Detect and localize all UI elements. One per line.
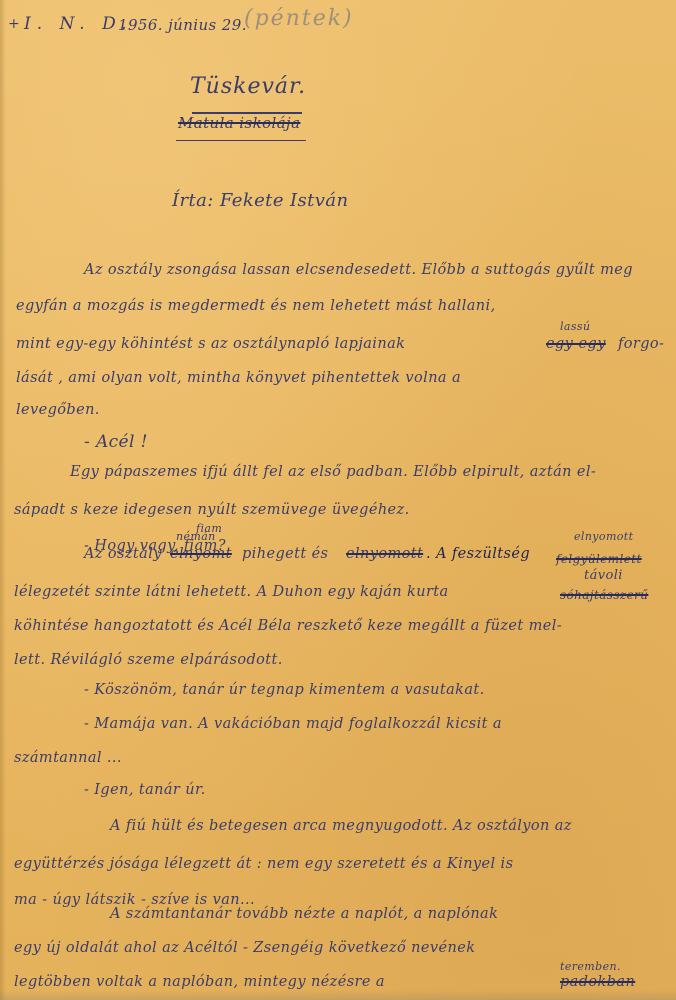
dialogue-line: - Köszönöm, tanár úr tegnap kimentem a v… [84,682,485,698]
dialogue-line: - Igen, tanár úr. [84,782,206,798]
inserted-word: lassú [560,320,590,333]
text-line: sápadt s keze idegesen nyúlt szemüvege ü… [14,502,410,518]
text-line: egyfán a mozgás is megdermedt és nem leh… [16,298,496,314]
text-line-end: forgo- [618,336,664,352]
subtitle-underline [176,140,306,141]
text-line: Az osztály zsongása lassan elcsendesedet… [84,262,633,278]
text-line: A fiú hült és betegesen arca megnyugodot… [110,818,572,834]
margin-mark: + [8,16,20,32]
paper-left-edge [0,0,6,1000]
paper-bottom-edge [0,990,676,1000]
text-line: Egy pápaszemes ifjú állt fel az első pad… [70,464,596,480]
text-line: Az osztály [84,546,162,562]
struck-word: elnyomott [346,546,423,562]
text-line: egy új oldalát ahol az Acéltól - Zsengéi… [14,940,475,956]
author-line: Írta: Fekete István [172,190,348,211]
inserted-word: elnyomott [574,530,633,543]
dialogue-line: - Acél ! [84,432,148,452]
text-line: együttérzés jósága lélegzett át : nem eg… [14,856,513,872]
dialogue-line: - Mamája van. A vakációban majd foglalko… [84,716,502,732]
text-line: A számtantanár tovább nézte a naplót, a … [110,906,498,922]
page-title: Tüskevár. [190,74,306,99]
text-line: lását , ami olyan volt, mintha könyvet p… [16,370,461,386]
struck-word: sóhajtásszerű [560,588,648,602]
struck-word: felgyülemlett [556,552,642,566]
text-line: legtöbben voltak a naplóban, mintegy néz… [14,974,385,990]
text-line: levegőben. [16,402,100,418]
struck-subtitle: Matula iskolája [178,114,300,132]
text-line: . A feszültség [426,546,530,562]
struck-word: egy-egy [546,336,606,352]
manuscript-page: + I. N. D. 1956. június 29. (péntek) Tüs… [0,0,676,1000]
inserted-word: távoli [584,568,623,583]
header-weekday-pencil: (péntek) [244,6,354,31]
text-line: pihegett és [242,546,328,562]
header-date: 1956. június 29. [118,16,247,34]
text-line: számtannal ... [14,750,122,766]
text-line: mint egy-egy köhintést s az osztálynapló… [16,336,405,352]
header-initials: I. N. D. [24,14,133,34]
inserted-word: némán [176,530,216,543]
struck-word: elnyomt [170,546,232,562]
text-line: lélegzetét szinte látni lehetett. A Duho… [14,584,449,600]
struck-word: padokban [560,974,635,990]
inserted-word: teremben. [560,960,621,973]
text-line: lett. Révilágló szeme elpárásodott. [14,652,283,668]
text-line: köhintése hangoztatott és Acél Béla resz… [14,618,562,634]
